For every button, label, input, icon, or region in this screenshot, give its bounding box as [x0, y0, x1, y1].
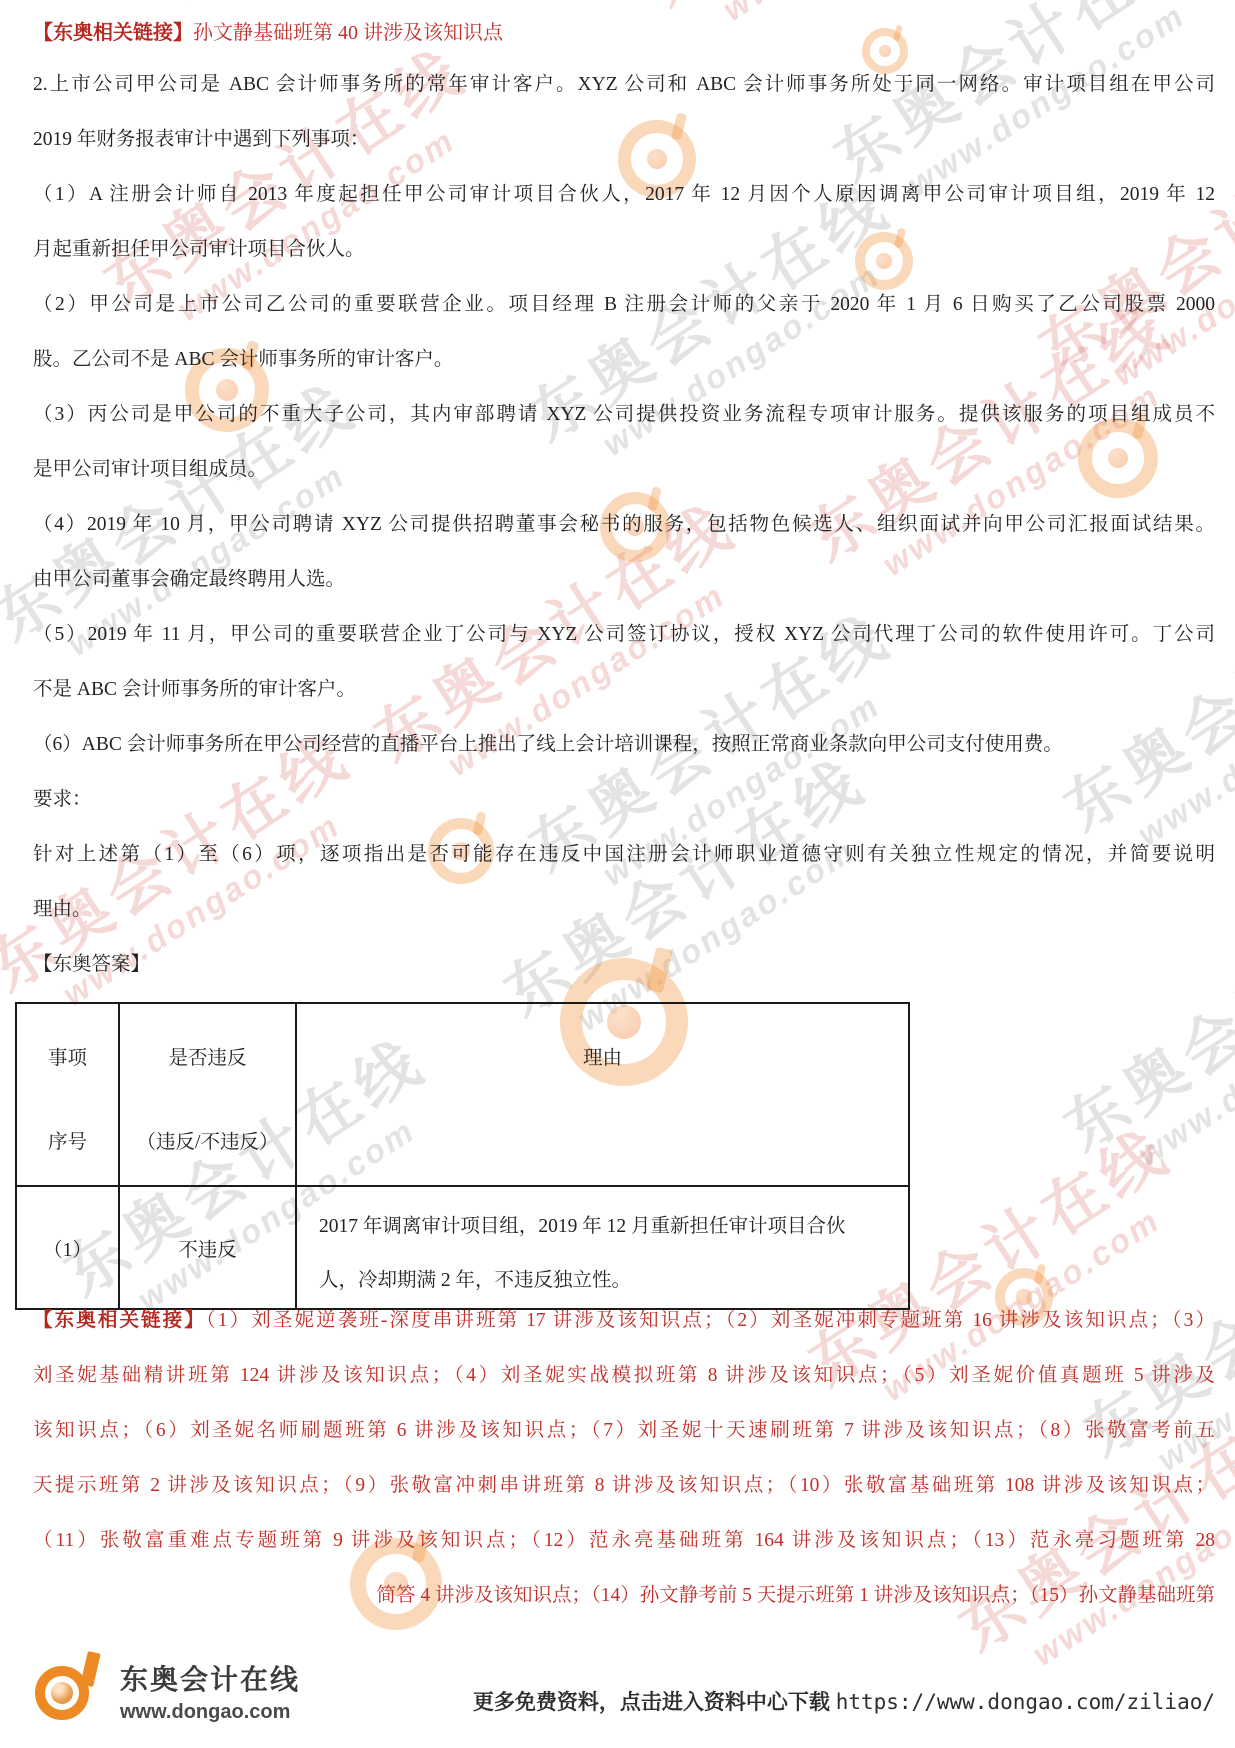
document-content: 【东奥相关链接】孙文静基础班第 40 讲涉及该知识点 2.上市公司甲公司是 AB…: [0, 0, 1235, 1748]
header-violation-line1: 是否违反: [120, 1017, 295, 1101]
text-line: （5）2019 年 11 月，甲公司的重要联营企业丁公司与 XYZ 公司签订协议…: [33, 607, 1215, 662]
related-link-line: 刘圣妮基础精讲班第 124 讲涉及该知识点；（4）刘圣妮实战模拟班第 8 讲涉及…: [33, 1348, 1215, 1403]
text-line: （6）ABC 会计师事务所在甲公司经营的直播平台上推出了线上会计培训课程，按照正…: [33, 717, 1215, 772]
footer-note: 更多免费资料，点击进入资料中心下载 https://www.dongao.com…: [473, 1682, 1215, 1722]
header-item-line1: 事项: [17, 1017, 118, 1101]
header-cell-violation: 是否违反 （违反/不违反）: [119, 1003, 296, 1186]
text-line: （4）2019 年 10 月，甲公司聘请 XYZ 公司提供招聘董事会秘书的服务，…: [33, 497, 1215, 552]
header-item-line2: 序号: [17, 1101, 118, 1185]
text-line: 2.上市公司甲公司是 ABC 会计师事务所的常年审计客户。XYZ 公司和 ABC…: [33, 57, 1215, 112]
header-violation-line2: （违反/不违反）: [120, 1101, 295, 1185]
text-line: 2019 年财务报表审计中遇到下列事项：: [33, 112, 1215, 167]
answer-table-header-row: 事项 序号 是否违反 （违反/不违反） 理由: [16, 1003, 909, 1186]
text-line: 理由。: [33, 882, 1215, 937]
related-link-top: 【东奥相关链接】孙文静基础班第 40 讲涉及该知识点: [33, 14, 1215, 52]
text-line: （2）甲公司是上市公司乙公司的重要联营企业。项目经理 B 注册会计师的父亲于 2…: [33, 277, 1215, 332]
document-page: 东奥会计在线www.dongao.com东奥会计在线www.dongao.com…: [0, 0, 1235, 1748]
related-link-top-label: 【东奥相关链接】: [33, 22, 193, 44]
header-cell-reason: 理由: [296, 1003, 909, 1186]
related-links-bottom-block: 【东奥相关链接】（1）刘圣妮逆袭班-深度串讲班第 17 讲涉及该知识点；（2）刘…: [33, 1293, 1215, 1623]
related-link-line-label: 【东奥相关链接】: [33, 1310, 206, 1331]
cell-verdict: 不违反: [119, 1186, 296, 1309]
related-link-line: 该知识点；（6）刘圣妮名师刷题班第 6 讲涉及该知识点；（7）刘圣妮十天速刷班第…: [33, 1403, 1215, 1458]
related-link-line: 简答 4 讲涉及该知识点；（14）孙文静考前 5 天提示班第 1 讲涉及该知识点…: [33, 1568, 1215, 1623]
related-link-line: （11）张敬富重难点专题班第 9 讲涉及该知识点；（12）范永亮基础班第 164…: [33, 1513, 1215, 1568]
answer-table: 事项 序号 是否违反 （违反/不违反） 理由 （1） 不违反 2017 年调离审…: [15, 1002, 910, 1310]
question-text-block: 2.上市公司甲公司是 ABC 会计师事务所的常年审计客户。XYZ 公司和 ABC…: [33, 57, 1215, 992]
text-line: 股。乙公司不是 ABC 会计师事务所的审计客户。: [33, 332, 1215, 387]
dongao-logo-icon: [35, 1656, 99, 1720]
text-line: 【东奥答案】: [33, 937, 1215, 992]
related-link-line: 【东奥相关链接】（1）刘圣妮逆袭班-深度串讲班第 17 讲涉及该知识点；（2）刘…: [33, 1293, 1215, 1348]
footer-brand: 东奥会计在线 www.dongao.com: [120, 1658, 300, 1724]
footer-brand-url: www.dongao.com: [120, 1701, 300, 1724]
footer-note-text: 更多免费资料，点击进入资料中心下载: [473, 1691, 836, 1714]
cell-item-no: （1）: [16, 1186, 119, 1309]
text-line: 不是 ABC 会计师事务所的审计客户。: [33, 662, 1215, 717]
related-link-top-text: 孙文静基础班第 40 讲涉及该知识点: [193, 22, 503, 44]
text-line: 要求：: [33, 772, 1215, 827]
text-line: 月起重新担任甲公司审计项目合伙人。: [33, 222, 1215, 277]
answer-table-row: （1） 不违反 2017 年调离审计项目组，2019 年 12 月重新担任审计项…: [16, 1186, 909, 1309]
related-link-line: 天提示班第 2 讲涉及该知识点；（9）张敬富冲刺串讲班第 8 讲涉及该知识点；（…: [33, 1458, 1215, 1513]
reason-line: 2017 年调离审计项目组，2019 年 12 月重新担任审计项目合伙: [319, 1200, 886, 1254]
text-line: 由甲公司董事会确定最终聘用人选。: [33, 552, 1215, 607]
footer-brand-name: 东奥会计在线: [120, 1658, 300, 1698]
text-line: （1）A 注册会计师自 2013 年度起担任甲公司审计项目合伙人，2017 年 …: [33, 167, 1215, 222]
header-cell-item-no: 事项 序号: [16, 1003, 119, 1186]
text-line: 是甲公司审计项目组成员。: [33, 442, 1215, 497]
text-line: （3）丙公司是甲公司的不重大子公司，其内审部聘请 XYZ 公司提供投资业务流程专…: [33, 387, 1215, 442]
footer-resource-link[interactable]: https://www.dongao.com/ziliao/: [836, 1690, 1215, 1714]
text-line: 针对上述第（1）至（6）项，逐项指出是否可能存在违反中国注册会计师职业道德守则有…: [33, 827, 1215, 882]
footer-logo: 东奥会计在线 www.dongao.com: [35, 1648, 315, 1738]
cell-reason: 2017 年调离审计项目组，2019 年 12 月重新担任审计项目合伙 人，冷却…: [296, 1186, 909, 1309]
